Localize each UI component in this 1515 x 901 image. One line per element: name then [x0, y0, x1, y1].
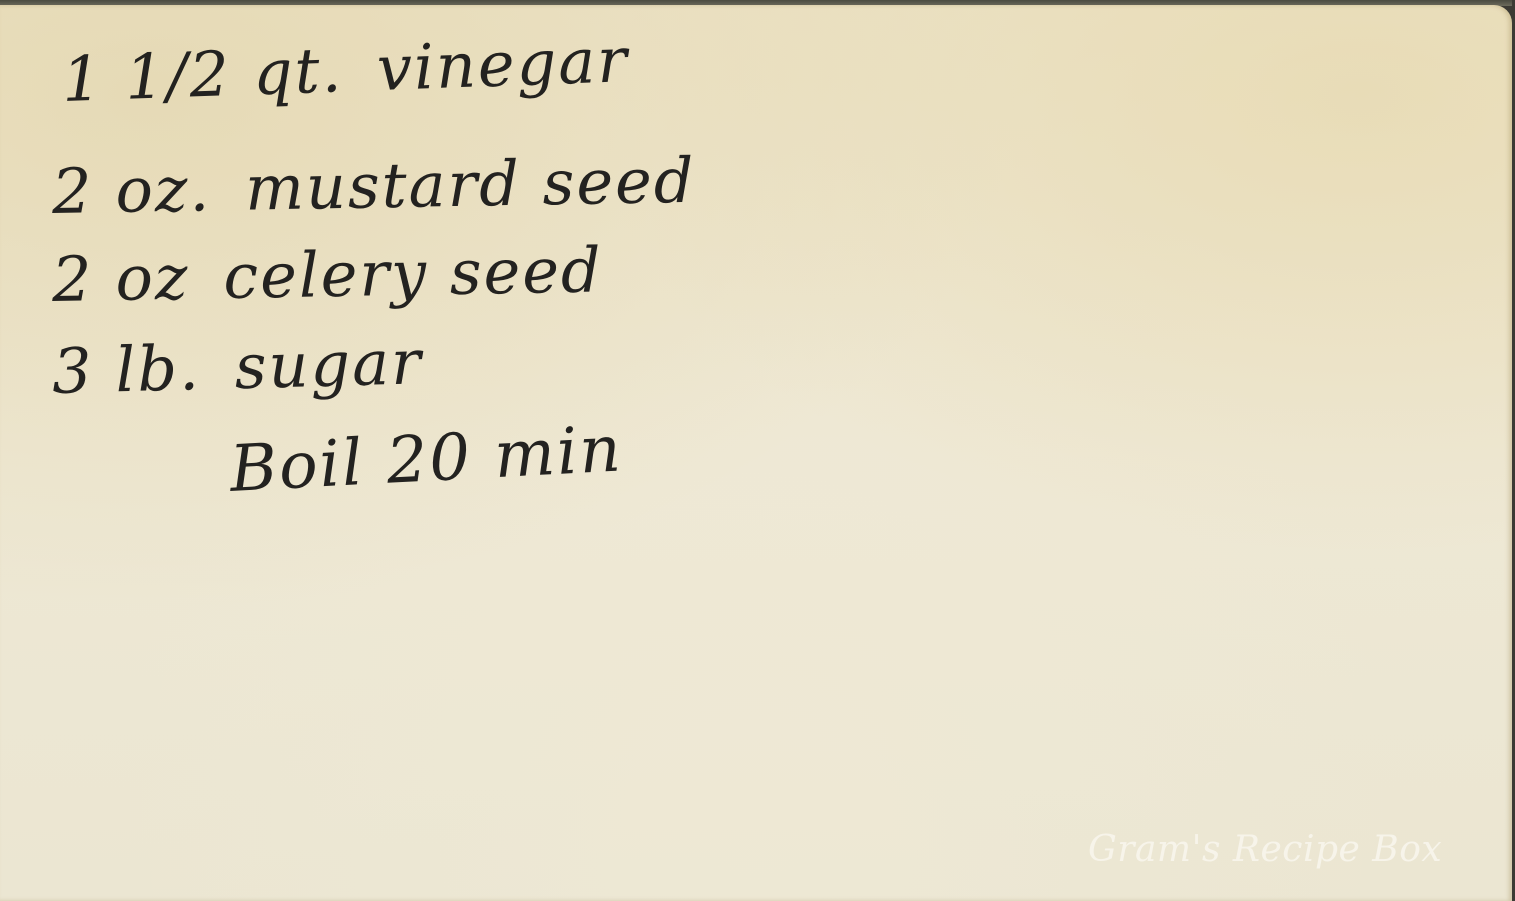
ingredient-unit: lb.	[114, 331, 201, 406]
ingredient-item: mustard seed	[244, 144, 696, 225]
ingredient-line: 3lb.sugar	[51, 325, 424, 408]
ingredient-line: 1 1/2qt.vinegar	[61, 23, 630, 116]
ingredient-item: vinegar	[376, 23, 630, 105]
ingredient-unit: oz.	[115, 152, 212, 227]
ingredient-line: 2ozcelery seed	[51, 233, 603, 316]
ingredient-quantity: 1 1/2	[61, 37, 232, 116]
ingredient-line: 2oz.mustard seed	[51, 144, 696, 228]
recipe-card-scan: 1 1/2qt.vinegar 2oz.mustard seed 2ozcele…	[0, 0, 1515, 901]
instruction-line: Boil 20 min	[228, 412, 624, 506]
ingredient-quantity: 2	[51, 242, 94, 316]
recipe-card: 1 1/2qt.vinegar 2oz.mustard seed 2ozcele…	[0, 5, 1512, 901]
ingredient-unit: qt.	[252, 33, 345, 109]
ingredient-item: celery seed	[223, 233, 603, 313]
ingredient-quantity: 2	[51, 154, 94, 228]
watermark: Gram's Recipe Box	[1088, 829, 1442, 870]
ingredient-item: sugar	[234, 325, 424, 403]
ingredient-quantity: 3	[51, 334, 94, 408]
ingredient-unit: oz	[115, 241, 190, 315]
